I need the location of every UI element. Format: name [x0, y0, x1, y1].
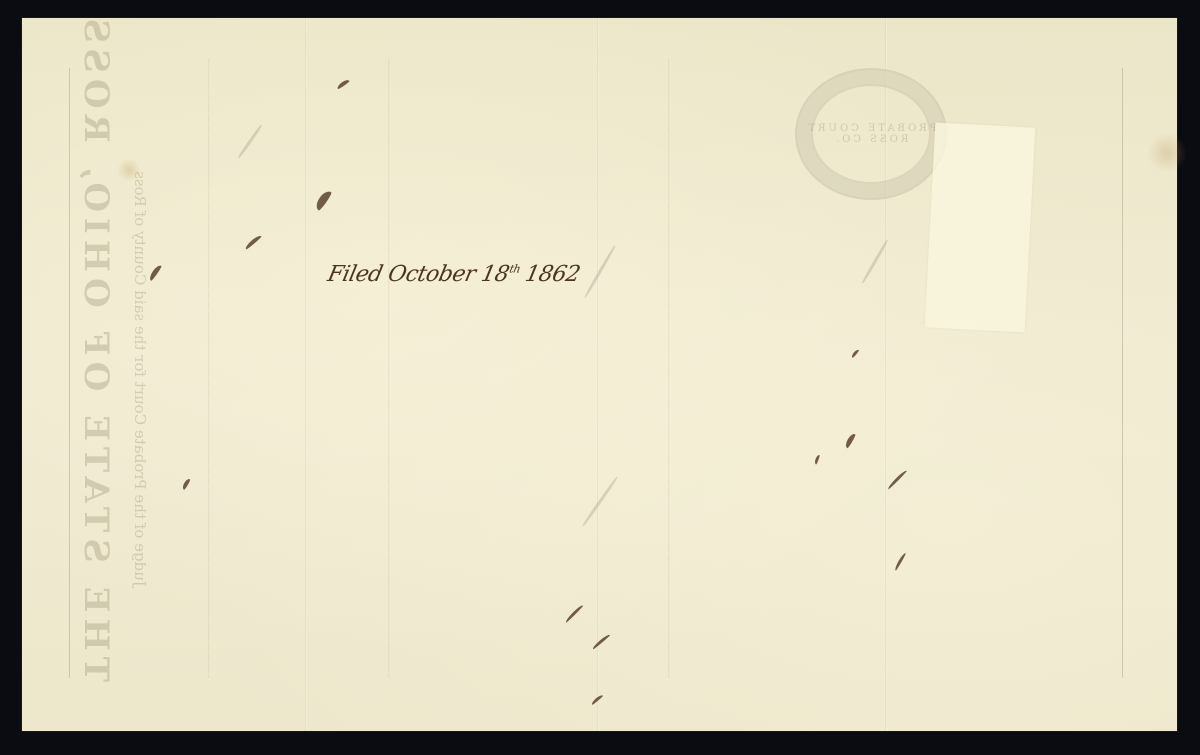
bleed-through-column-1: ————————————————————————————————————————…	[202, 58, 302, 678]
filing-note-date: Filed October 18	[325, 262, 511, 287]
filing-note-year: 1862	[516, 262, 582, 287]
tape-patch	[925, 123, 1036, 333]
filing-note: Filed October 18th 1862	[325, 262, 582, 287]
embossed-seal: PROBATE COURT ROSS CO.	[795, 68, 947, 200]
bleed-through-column-2: ————————————————————————————————————————…	[382, 58, 582, 678]
bleed-through-subtitle: Judge of the Probate Court for the said …	[131, 79, 149, 679]
stain	[1147, 133, 1187, 173]
left-margin-line	[69, 68, 70, 678]
seal-text: PROBATE COURT ROSS CO.	[797, 123, 945, 145]
document-paper: ————————————————————————————————————————…	[22, 18, 1177, 731]
right-margin-line	[1122, 68, 1123, 678]
fold-line-1	[305, 18, 307, 731]
bleed-through-title: THE STATE OF OHIO, ROSS COUNTY.	[76, 62, 116, 682]
fold-line-2	[597, 18, 599, 731]
